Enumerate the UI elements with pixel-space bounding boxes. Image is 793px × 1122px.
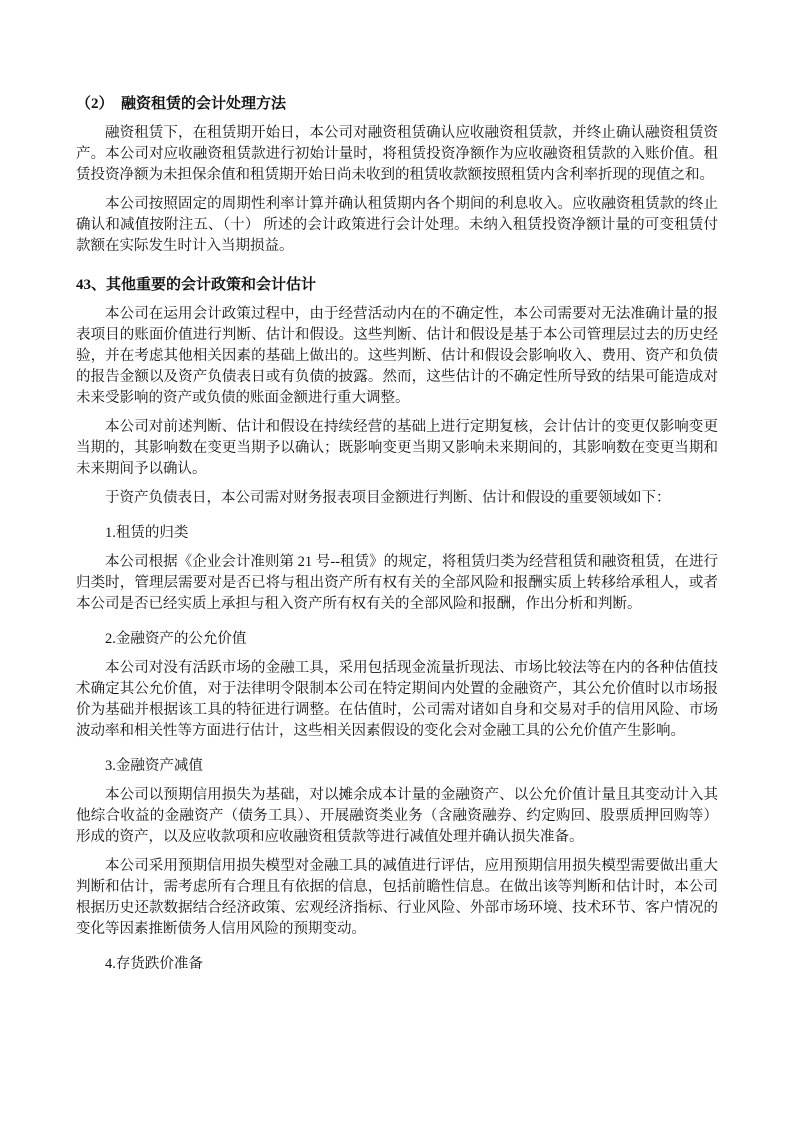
paragraph-lease-classification-detail: 本公司根据《企业会计准则第 21 号--租赁》的规定，将租赁归类为经营租赁和融资… [76, 552, 718, 615]
paragraph-periodic-review: 本公司对前述判断、估计和假设在持续经营的基础上进行定期复核，会计估计的变更仅影响… [76, 417, 718, 480]
section-heading-finance-lease-accounting: （2） 融资租赁的会计处理方法 [76, 94, 718, 115]
paragraph-expected-credit-loss-basis: 本公司以预期信用损失为基础，对以摊余成本计量的金融资产、以公允价值计量且其变动计… [76, 785, 718, 848]
section-heading-other-important-policies: 43、其他重要的会计政策和会计估计 [76, 275, 718, 296]
paragraph-balance-sheet-date-areas: 于资产负债表日，本公司需对财务报表项目金额进行判断、估计和假设的重要领域如下： [76, 488, 718, 509]
paragraph-judgement-estimates-intro: 本公司在运用会计政策过程中，由于经营活动内在的不确定性，本公司需要对无法准确计量… [76, 304, 718, 409]
paragraph-expected-credit-loss-model: 本公司采用预期信用损失模型对金融工具的减值进行评估，应用预期信用损失模型需要做出… [76, 856, 718, 940]
paragraph-fair-value-detail: 本公司对没有活跃市场的金融工具，采用包括现金流量折现法、市场比较法等在内的各种估… [76, 658, 718, 742]
item-heading-fair-value-of-financial-assets: 2.金融资产的公允价值 [76, 629, 718, 650]
item-heading-financial-asset-impairment: 3.金融资产减值 [76, 756, 718, 777]
item-heading-inventory-write-down: 4.存货跌价准备 [76, 954, 718, 975]
document-page: （2） 融资租赁的会计处理方法 融资租赁下，在租赁期开始日，本公司对融资租赁确认… [0, 0, 793, 1122]
paragraph-finance-lease-initial-measurement: 融资租赁下，在租赁期开始日，本公司对融资租赁确认应收融资租赁款，并终止确认融资租… [76, 123, 718, 186]
paragraph-finance-lease-interest-income: 本公司按照固定的周期性利率计算并确认租赁期内各个期间的利息收入。应收融资租赁款的… [76, 194, 718, 257]
item-heading-lease-classification: 1.租赁的归类 [76, 523, 718, 544]
